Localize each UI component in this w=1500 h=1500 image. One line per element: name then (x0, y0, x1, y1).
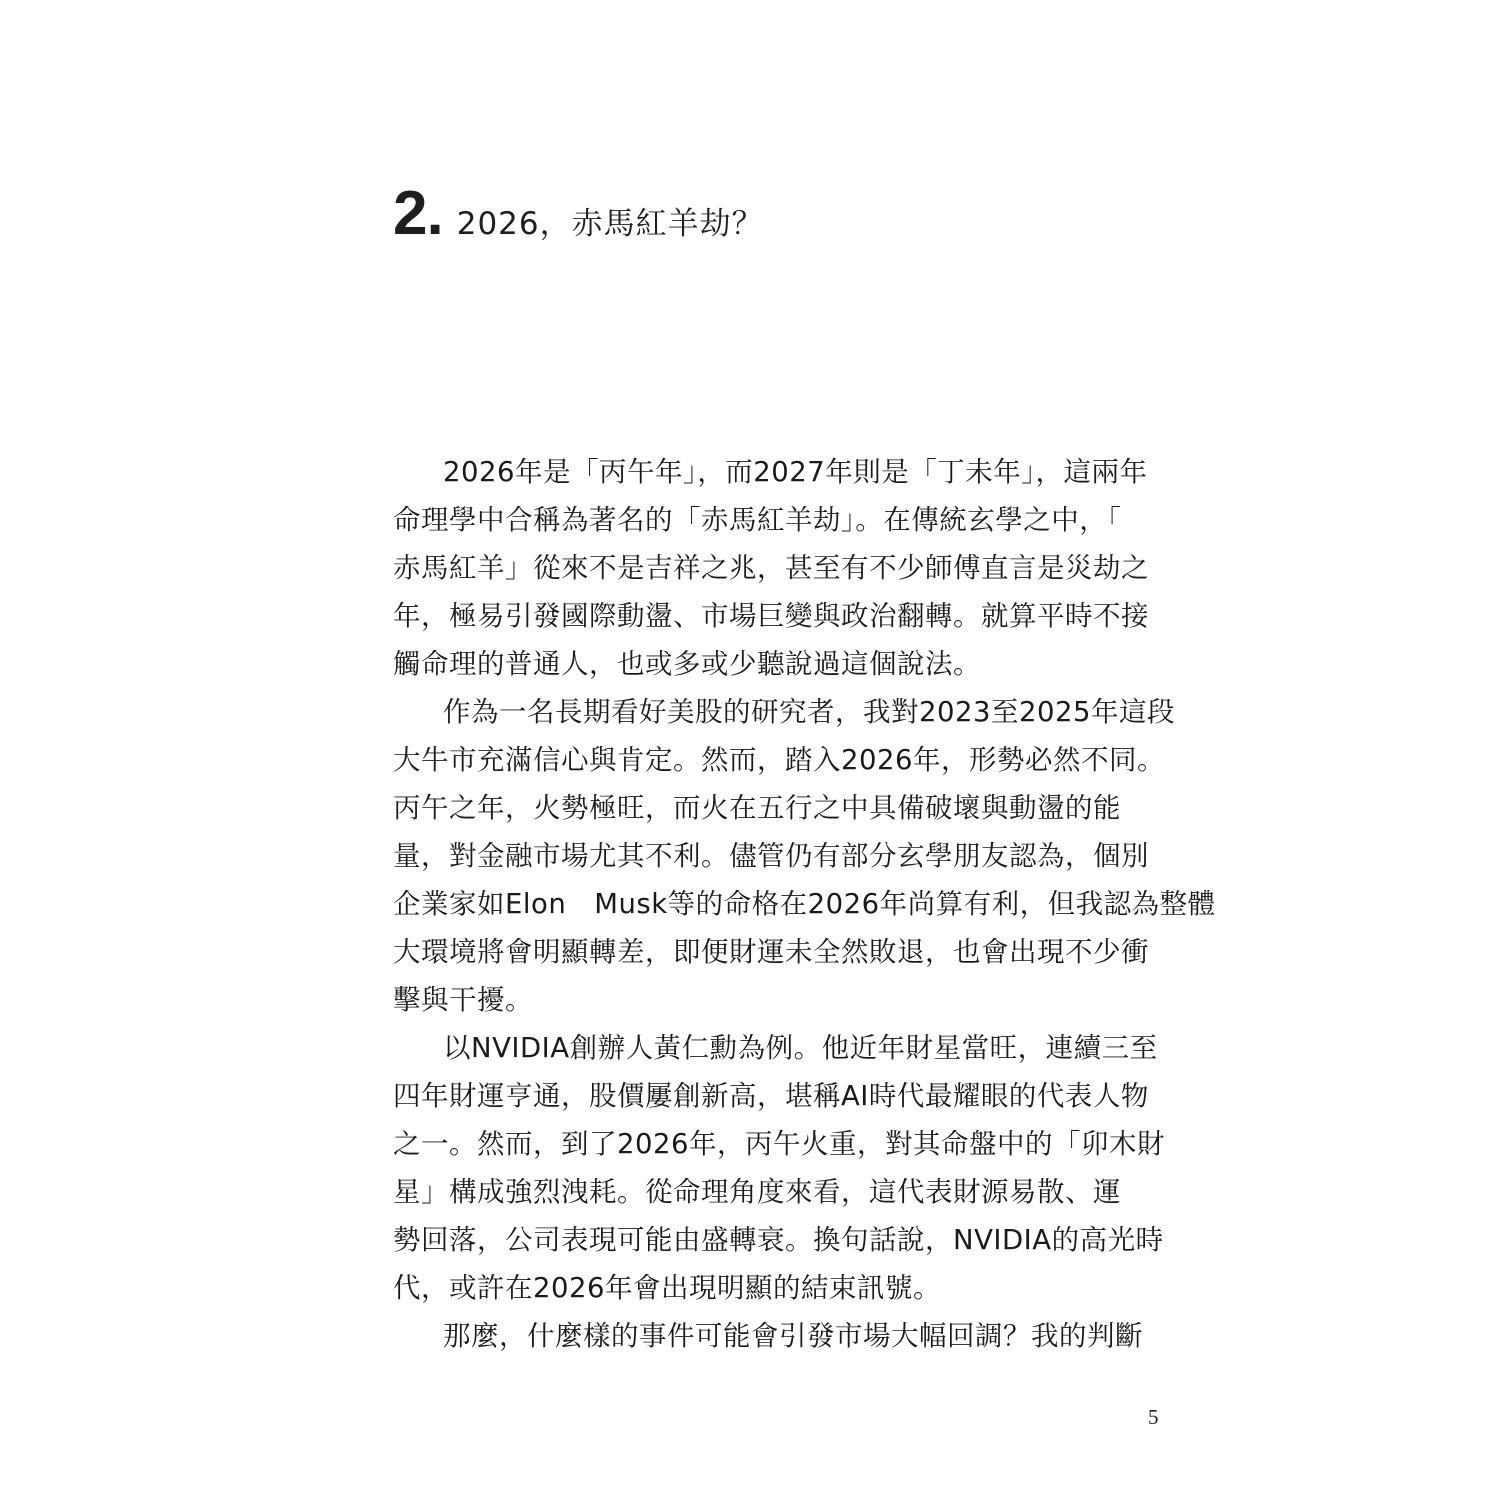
body-text: 2026年是「丙午年」，而2027年則是「丁未年」，這兩年 命理學中合稱為著名的… (393, 448, 1109, 1360)
chapter-title: 2026，赤馬紅羊劫？ (457, 198, 764, 243)
text-line: 大環境將會明顯轉差，即便財運未全然敗退，也會出現不少衝 (393, 928, 1109, 976)
paragraph: 作為一名長期看好美股的研究者，我對2023至2025年這段 大牛市充滿信心與肯定… (393, 688, 1109, 1024)
text-line: 赤馬紅羊」從來不是吉祥之兆，甚至有不少師傅直言是災劫之 (393, 544, 1109, 592)
paragraph: 2026年是「丙午年」，而2027年則是「丁未年」，這兩年 命理學中合稱為著名的… (393, 448, 1109, 688)
chapter-number: 2. (393, 178, 443, 249)
text-line: 四年財運亨通，股價屢創新高，堪稱AI時代最耀眼的代表人物 (393, 1072, 1109, 1120)
paragraph: 那麼，什麼樣的事件可能會引發市場大幅回調？我的判斷 (393, 1312, 1109, 1360)
text-line: 以NVIDIA創辦人黃仁勳為例。他近年財星當旺，連續三至 (393, 1024, 1109, 1072)
text-line: 量，對金融市場尤其不利。儘管仍有部分玄學朋友認為，個別 (393, 832, 1109, 880)
text-line: 2026年是「丙午年」，而2027年則是「丁未年」，這兩年 (393, 448, 1109, 496)
text-line: 年，極易引發國際動盪、市場巨變與政治翻轉。就算平時不接 (393, 592, 1109, 640)
text-line: 企業家如Elon Musk等的命格在2026年尚算有利，但我認為整體 (393, 880, 1109, 928)
text-line: 星」構成強烈洩耗。從命理角度來看，這代表財源易散、運 (393, 1168, 1109, 1216)
text-line: 那麼，什麼樣的事件可能會引發市場大幅回調？我的判斷 (393, 1312, 1109, 1360)
page-number: 5 (1148, 1405, 1159, 1430)
book-page: 2. 2026，赤馬紅羊劫？ 2026年是「丙午年」，而2027年則是「丁未年」… (0, 0, 1500, 1500)
text-line: 勢回落，公司表現可能由盛轉衰。換句話說，NVIDIA的高光時 (393, 1216, 1109, 1264)
text-line: 擊與干擾。 (393, 976, 1109, 1024)
text-line: 觸命理的普通人，也或多或少聽說過這個說法。 (393, 640, 1109, 688)
text-line: 之一。然而，到了2026年，丙午火重，對其命盤中的「卯木財 (393, 1120, 1109, 1168)
chapter-heading: 2. 2026，赤馬紅羊劫？ (393, 178, 764, 248)
text-line: 代，或許在2026年會出現明顯的結束訊號。 (393, 1264, 1109, 1312)
text-line: 命理學中合稱為著名的「赤馬紅羊劫」。在傳統玄學之中，「 (393, 496, 1109, 544)
text-line: 大牛市充滿信心與肯定。然而，踏入2026年，形勢必然不同。 (393, 736, 1109, 784)
text-line: 作為一名長期看好美股的研究者，我對2023至2025年這段 (393, 688, 1109, 736)
paragraph: 以NVIDIA創辦人黃仁勳為例。他近年財星當旺，連續三至 四年財運亨通，股價屢創… (393, 1024, 1109, 1312)
text-line: 丙午之年，火勢極旺，而火在五行之中具備破壞與動盪的能 (393, 784, 1109, 832)
